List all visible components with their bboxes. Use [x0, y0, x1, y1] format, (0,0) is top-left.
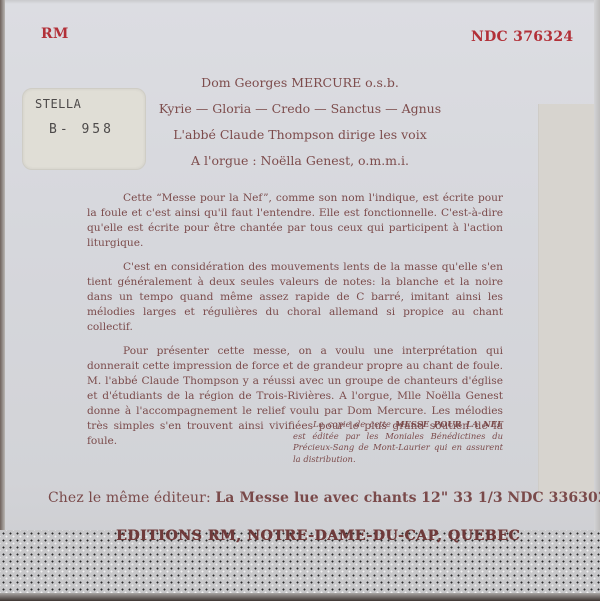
label-rm: RM [41, 26, 69, 42]
sticker-name: STELLA [35, 97, 81, 111]
liner-paragraph: C'est en considération des mouvements le… [87, 260, 503, 335]
other-title: La Messe lue avec chants [215, 490, 416, 506]
liner-notes: Cette “Messe pour la Nef”, comme son nom… [87, 191, 503, 458]
sleeve-right-edge [594, 0, 600, 601]
publisher-line: EDITIONS RM, NOTRE-DAME-DU-CAP, QUEBEC [116, 528, 520, 544]
copy-note-suffix: est éditée par les Moniales Bénédictines… [293, 431, 503, 464]
other-format: 12" 33 1/3 [421, 490, 503, 506]
sleeve-left-edge [0, 0, 5, 601]
organ-line: A l'orgue : Noëlla Genest, o.m.m.i. [140, 148, 460, 174]
record-sleeve-back: RM NDC 376324 STELLA B- 958 Dom Georges … [0, 0, 600, 601]
sleeve-bottom-edge [0, 593, 600, 601]
composer-line: Dom Georges MERCURE o.s.b. [140, 70, 460, 96]
sticker-number: B- 958 [49, 122, 114, 137]
same-publisher-label: Chez le même éditeur: [48, 490, 211, 506]
conductor-line: L'abbé Claude Thompson dirige les voix [140, 122, 460, 148]
sleeve-top-edge [0, 0, 600, 4]
copy-note-title: MESSE POUR LA NEF [395, 419, 503, 429]
sleeve-right-strip [538, 104, 597, 499]
copy-note-prefix: La copie de cette [313, 419, 395, 429]
credits-block: Dom Georges MERCURE o.s.b. Kyrie — Glori… [140, 70, 460, 174]
copy-note: La copie de cette MESSE POUR LA NEF est … [293, 419, 503, 465]
catalog-number: NDC 376324 [471, 29, 573, 45]
stella-sticker: STELLA B- 958 [22, 88, 146, 170]
liner-paragraph: Cette “Messe pour la Nef”, comme son nom… [87, 191, 503, 251]
same-publisher-line: Chez le même éditeur: La Messe lue avec … [48, 490, 600, 506]
other-catalog: NDC 336302 [507, 490, 600, 506]
movements-line: Kyrie — Gloria — Credo — Sanctus — Agnus [140, 96, 460, 122]
